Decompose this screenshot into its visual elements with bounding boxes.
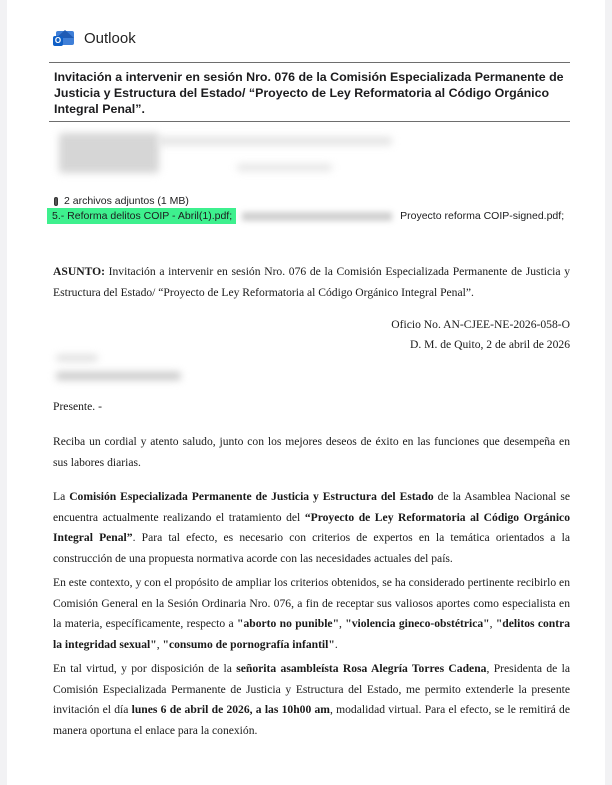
- oficio-number: Oficio No. AN-CJEE-NE-2026-058-O: [391, 315, 570, 336]
- paperclip-icon: [54, 197, 58, 206]
- saludo-paragraph: Reciba un cordial y atento saludo, junto…: [53, 432, 570, 473]
- paragraph-2: En este contexto, y con el propósito de …: [53, 573, 570, 655]
- app-name: Outlook: [84, 30, 136, 47]
- divider: [49, 62, 570, 63]
- redacted-attachment: [242, 212, 392, 221]
- paragraph-1: La Comisión Especializada Permanente de …: [53, 487, 570, 569]
- attachments-summary[interactable]: 2 archivos adjuntos (1 MB): [54, 195, 189, 207]
- email-reader: O Outlook Invitación a intervenir en ses…: [7, 0, 605, 785]
- asunto-text: Invitación a intervenir en sesión Nro. 0…: [53, 265, 570, 299]
- asunto-label: ASUNTO:: [53, 265, 105, 278]
- outlook-envelope-icon: O: [53, 28, 75, 48]
- app-header: O Outlook: [53, 24, 136, 52]
- attachments-count-label: 2 archivos adjuntos (1 MB): [64, 195, 189, 207]
- asunto-paragraph: ASUNTO: Invitación a intervenir en sesió…: [53, 262, 570, 303]
- attachment-file[interactable]: Proyecto reforma COIP-signed.pdf;: [400, 210, 564, 222]
- presente: Presente. -: [53, 397, 570, 418]
- email-subject: Invitación a intervenir en sesión Nro. 0…: [54, 69, 570, 117]
- paragraph-3: En tal virtud, y por disposición de la s…: [53, 659, 570, 741]
- attachment-file[interactable]: 5.- Reforma delitos COIP - Abril(1).pdf;: [47, 208, 236, 224]
- divider: [49, 121, 570, 122]
- attachments-list: 5.- Reforma delitos COIP - Abril(1).pdf;…: [47, 207, 564, 225]
- letter-date: D. M. de Quito, 2 de abril de 2026: [410, 335, 570, 356]
